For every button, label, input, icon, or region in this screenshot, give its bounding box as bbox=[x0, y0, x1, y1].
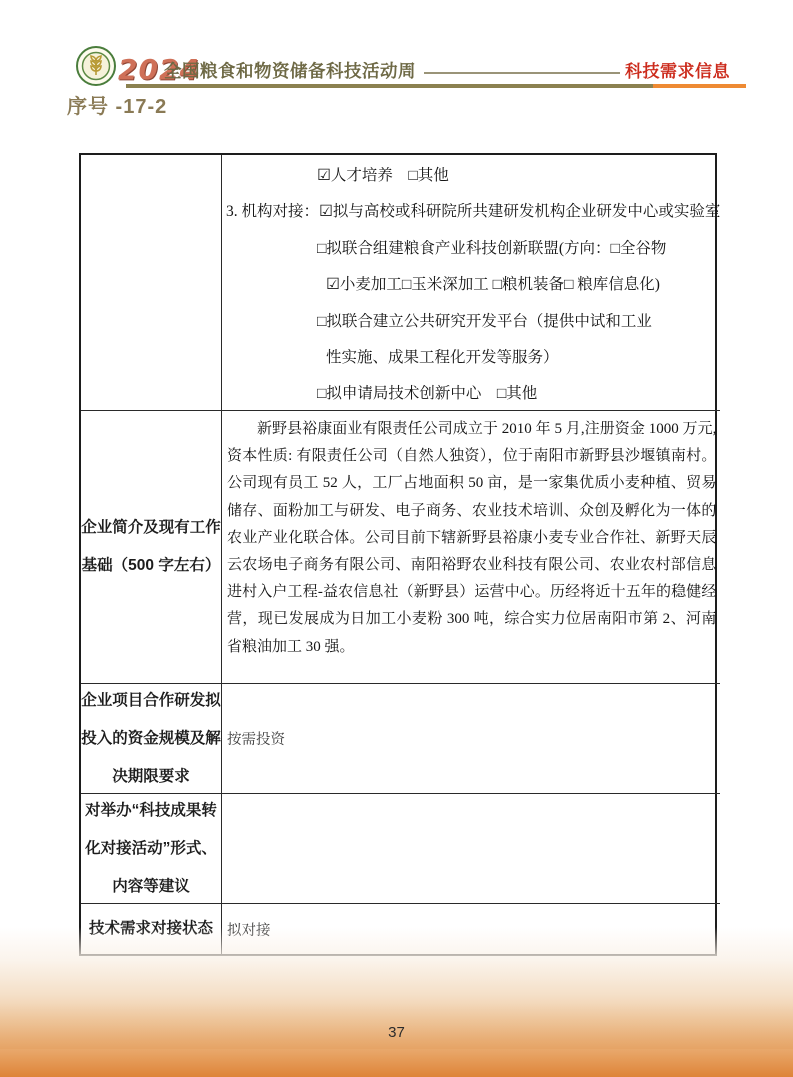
checkbox-line-platform: □拟联合建立公共研究开发平台（提供中试和工业 bbox=[222, 304, 720, 340]
checkbox-line-org-docking: 3. 机构对接：☑拟与高校或科研院所共建研发机构企业研发中心或实验室 bbox=[222, 194, 720, 230]
serial-number: 序号 -17-2 bbox=[67, 90, 167, 119]
wheat-emblem-icon bbox=[76, 46, 116, 86]
bottom-gradient-art bbox=[0, 927, 793, 1077]
row4-label-line2: 化对接活动”形式、 bbox=[85, 830, 217, 868]
company-profile-text: 新野县裕康面业有限责任公司成立于 2010 年 5 月,注册资金 1000 万元… bbox=[227, 416, 716, 661]
row2-label-line1: 企业简介及现有工作 bbox=[81, 509, 221, 547]
row3-content-cell: 按需投资 bbox=[221, 683, 720, 793]
funding-value: 按需投资 bbox=[227, 728, 285, 749]
page-number: 37 bbox=[0, 1024, 793, 1041]
row2-content-cell: 新野县裕康面业有限责任公司成立于 2010 年 5 月,注册资金 1000 万元… bbox=[221, 410, 720, 683]
row4-label-line3: 内容等建议 bbox=[112, 868, 190, 906]
checkbox-line-alliance-options: ☑小麦加工□玉米深加工 □粮机装备□ 粮库信息化) bbox=[222, 267, 720, 303]
header-rule bbox=[424, 72, 620, 74]
document-page: 2024 全国粮食和物资储备科技活动周 科技需求信息 序号 -17-2 ☑人才培… bbox=[0, 0, 793, 1077]
header-title: 全国粮食和物资储备科技活动周 bbox=[164, 58, 416, 83]
tech-demand-table: ☑人才培养 □其他 3. 机构对接：☑拟与高校或科研院所共建研发机构企业研发中心… bbox=[79, 153, 717, 956]
row2-label-line2: 基础（500 字左右） bbox=[82, 547, 221, 585]
row3-label-cell: 企业项目合作研发拟 投入的资金规模及解 决期限要求 bbox=[81, 683, 221, 793]
row1-content-cell: ☑人才培养 □其他 3. 机构对接：☑拟与高校或科研院所共建研发机构企业研发中心… bbox=[221, 155, 720, 410]
checkbox-line-innovation-center: □拟申请局技术创新中心 □其他 bbox=[222, 376, 720, 412]
row3-label-line1: 企业项目合作研发拟 bbox=[81, 682, 221, 720]
row3-label-line2: 投入的资金规模及解 bbox=[81, 720, 221, 758]
row4-label-cell: 对举办“科技成果转 化对接活动”形式、 内容等建议 bbox=[81, 793, 221, 903]
header-section-label: 科技需求信息 bbox=[625, 57, 730, 82]
header-bar-orange bbox=[653, 84, 746, 88]
row4-label-line1: 对举办“科技成果转 bbox=[85, 792, 217, 830]
row4-content-cell bbox=[221, 793, 720, 903]
row2-label-cell: 企业简介及现有工作 基础（500 字左右） bbox=[81, 410, 221, 683]
row1-label-cell bbox=[81, 155, 221, 410]
header-bar-olive bbox=[126, 84, 653, 88]
checkbox-line-talent: ☑人才培养 □其他 bbox=[222, 158, 720, 194]
checkbox-line-alliance: □拟联合组建粮食产业科技创新联盟(方向：□全谷物 bbox=[222, 231, 720, 267]
checkbox-line-platform-cont: 性实施、成果工程化开发等服务） bbox=[222, 340, 720, 376]
row3-label-line3: 决期限要求 bbox=[112, 758, 190, 796]
